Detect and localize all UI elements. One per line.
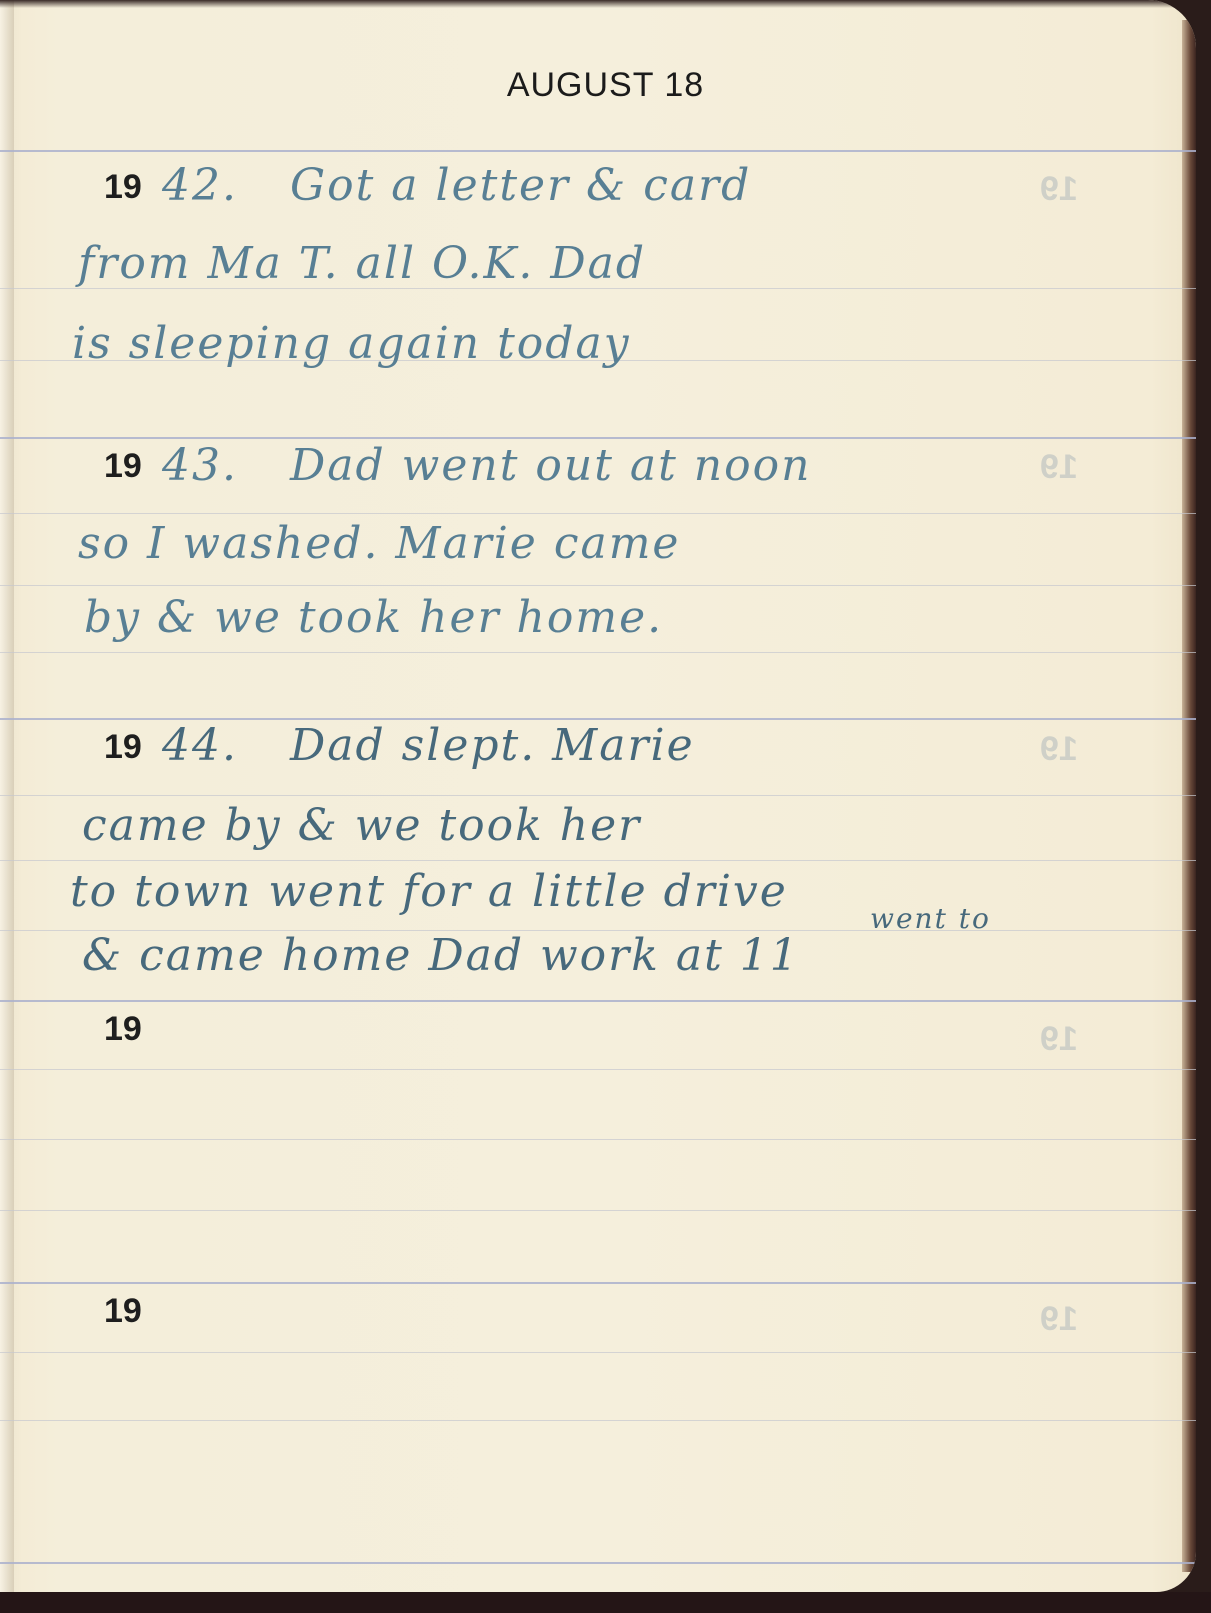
page-top-shadow	[0, 0, 1196, 8]
handwritten-insertion: went to	[870, 902, 991, 935]
year-label: 19	[104, 1010, 142, 1049]
writing-rule	[0, 652, 1196, 653]
section-rule	[0, 150, 1196, 152]
writing-rule	[0, 1352, 1196, 1353]
ghost-year-mark: 19	[1040, 1020, 1078, 1059]
year-suffix: 44.	[162, 720, 238, 771]
handwritten-line: Got a letter & card	[290, 160, 751, 211]
page-title: AUGUST 18	[0, 66, 1196, 105]
section-rule	[0, 1282, 1196, 1284]
writing-rule	[0, 1069, 1196, 1070]
writing-rule	[0, 1420, 1196, 1421]
diary-page: AUGUST 18 19 19 19 19 19 19 42. Got a le…	[0, 0, 1196, 1592]
ghost-year-mark: 19	[1040, 1300, 1078, 1339]
writing-rule	[0, 585, 1196, 586]
section-rule	[0, 1000, 1196, 1002]
handwritten-line: to town went for a little drive	[70, 866, 788, 917]
handwritten-line: from Ma T. all O.K. Dad	[78, 238, 646, 289]
year-label: 19	[104, 168, 142, 207]
ghost-year-mark: 19	[1040, 730, 1078, 769]
section-rule	[0, 1562, 1196, 1564]
handwritten-line: is sleeping again today	[72, 318, 631, 369]
handwritten-line: by & we took her home.	[84, 592, 663, 643]
handwritten-line: Dad went out at noon	[290, 440, 811, 491]
section-rule	[0, 437, 1196, 439]
writing-rule	[0, 860, 1196, 861]
handwritten-line: & came home Dad work at 11	[82, 930, 800, 981]
handwritten-line: Dad slept. Marie	[290, 720, 695, 771]
handwritten-line: came by & we took her	[82, 800, 641, 851]
ghost-year-mark: 19	[1040, 448, 1078, 487]
year-suffix: 43.	[162, 440, 238, 491]
writing-rule	[0, 795, 1196, 796]
page-edge	[1182, 20, 1196, 1572]
book-cover-edge	[0, 1592, 1211, 1613]
writing-rule	[0, 1139, 1196, 1140]
year-label: 19	[104, 447, 142, 486]
year-label: 19	[104, 728, 142, 767]
writing-rule	[0, 1210, 1196, 1211]
writing-rule	[0, 513, 1196, 514]
ghost-year-mark: 19	[1040, 170, 1078, 209]
year-suffix: 42.	[162, 160, 238, 211]
handwritten-line: so I washed. Marie came	[78, 518, 680, 569]
year-label: 19	[104, 1292, 142, 1331]
